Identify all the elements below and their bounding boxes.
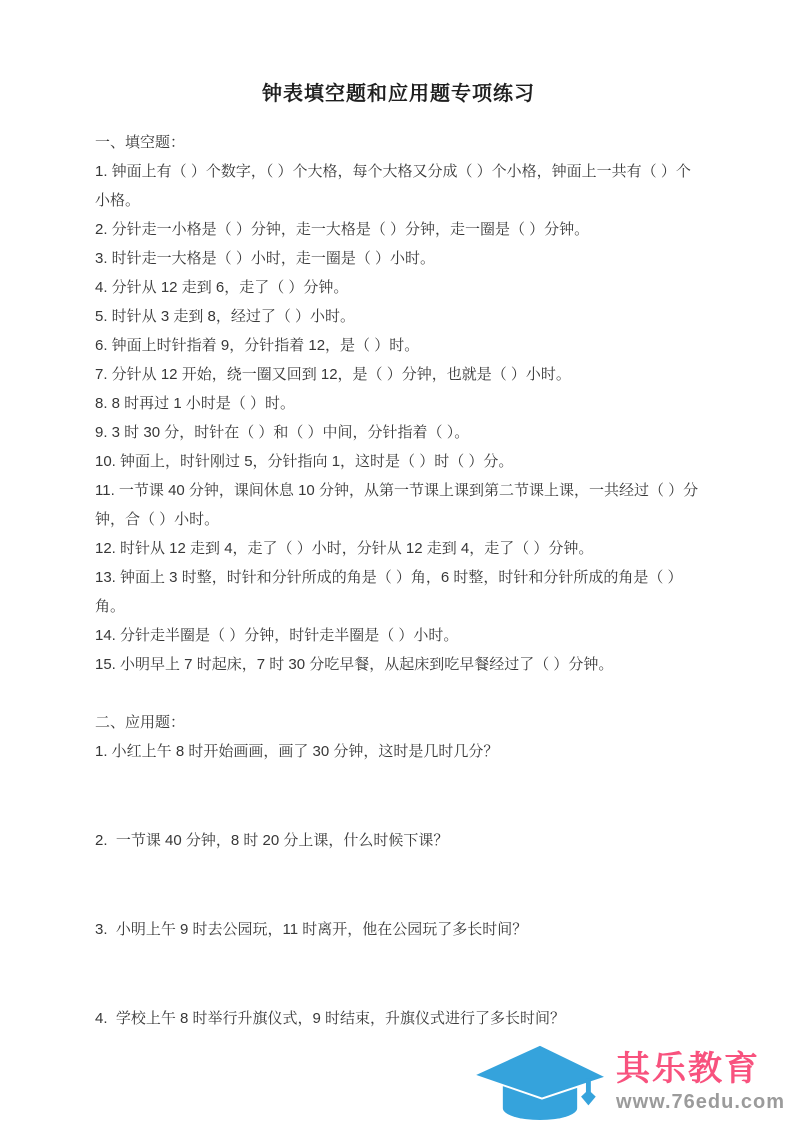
fill-blank-question-5: 5. 时针从 3 走到 8，经过了（ ）小时。 xyxy=(95,302,702,331)
answer-space xyxy=(95,944,702,1004)
fill-blank-question-10: 10. 钟面上，时针刚过 5，分针指向 1，这时是（ ）时（ ）分。 xyxy=(95,447,702,476)
fill-blank-question-4: 4. 分针从 12 走到 6，走了（ ）分钟。 xyxy=(95,273,702,302)
fill-blank-question-1: 1. 钟面上有（ ）个数字，（ ）个大格，每个大格又分成（ ）个小格，钟面上一共… xyxy=(95,157,702,215)
brand-text-block: 其乐教育 www.76edu.com xyxy=(616,1050,785,1114)
fill-blank-question-2: 2. 分针走一小格是（ ）分钟，走一大格是（ ）分钟，走一圈是（ ）分钟。 xyxy=(95,215,702,244)
brand-logo: 其乐教育 www.76edu.com xyxy=(470,1034,785,1122)
fill-blank-question-15: 15. 小明早上 7 时起床，7 时 30 分吃早餐，从起床到吃早餐经过了（ ）… xyxy=(95,650,702,679)
fill-blank-question-8: 8. 8 时再过 1 小时是（ ）时。 xyxy=(95,389,702,418)
fill-blank-question-7: 7. 分针从 12 开始，绕一圈又回到 12，是（ ）分钟，也就是（ ）小时。 xyxy=(95,360,702,389)
app-question-3: 3. 小明上午 9 时去公园玩，11 时离开，他在公园玩了多长时间？ xyxy=(95,915,702,944)
worksheet-page: 钟表填空题和应用题专项练习 一、填空题： 1. 钟面上有（ ）个数字，（ ）个大… xyxy=(0,0,793,1122)
answer-space xyxy=(95,855,702,915)
fill-blank-question-6: 6. 钟面上时针指着 9，分针指着 12，是（ ）时。 xyxy=(95,331,702,360)
app-question-1: 1. 小红上午 8 时开始画画，画了 30 分钟，这时是几时几分？ xyxy=(95,737,702,766)
fill-blank-question-3: 3. 时针走一大格是（ ）小时，走一圈是（ ）小时。 xyxy=(95,244,702,273)
answer-space xyxy=(95,766,702,826)
fill-blank-question-9: 9. 3 时 30 分，时针在（ ）和（ ）中间，分针指着（ ）。 xyxy=(95,418,702,447)
section-spacer xyxy=(95,679,702,708)
worksheet-content: 钟表填空题和应用题专项练习 一、填空题： 1. 钟面上有（ ）个数字，（ ）个大… xyxy=(95,80,702,1033)
section2-heading: 二、应用题： xyxy=(95,708,702,737)
graduation-cap-icon xyxy=(470,1034,610,1122)
fill-blank-question-12: 12. 时针从 12 走到 4，走了（ ）小时，分针从 12 走到 4，走了（ … xyxy=(95,534,702,563)
fill-blank-question-14: 14. 分针走半圈是（ ）分钟，时针走半圈是（ ）小时。 xyxy=(95,621,702,650)
fill-blank-question-11: 11. 一节课 40 分钟，课间休息 10 分钟，从第一节课上课到第二节课上课，… xyxy=(95,476,702,534)
page-title: 钟表填空题和应用题专项练习 xyxy=(95,80,702,108)
app-question-4: 4. 学校上午 8 时举行升旗仪式，9 时结束，升旗仪式进行了多长时间？ xyxy=(95,1004,702,1033)
section1-heading: 一、填空题： xyxy=(95,128,702,157)
fill-blank-question-13: 13. 钟面上 3 时整，时针和分针所成的角是（ ）角，6 时整，时针和分针所成… xyxy=(95,563,702,621)
brand-name: 其乐教育 xyxy=(616,1050,760,1089)
app-question-2: 2. 一节课 40 分钟，8 时 20 分上课，什么时候下课？ xyxy=(95,826,702,855)
brand-website: www.76edu.com xyxy=(616,1091,785,1114)
